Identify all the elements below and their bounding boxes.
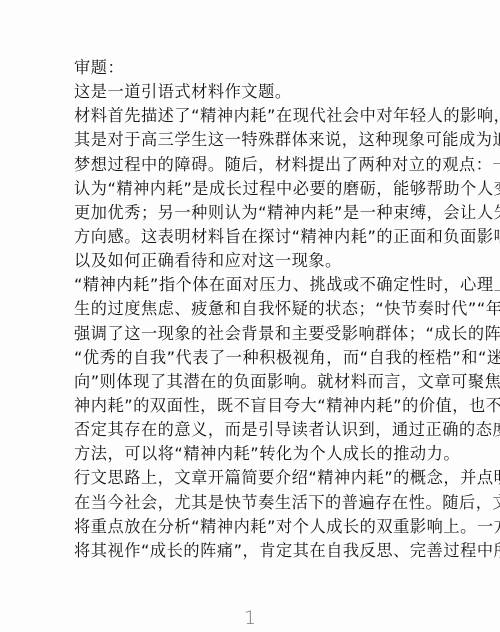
- document-page: 审题： 这是一道引语式材料作文题。 材料首先描述了“精神内耗”在现代社会中对年轻…: [0, 0, 500, 632]
- text-line: 认为“精神内耗”是成长过程中必要的磨砺，能够帮助个人变得: [74, 177, 430, 201]
- text-line: 在当今社会，尤其是快节奏生活下的普遍存在性。随后，文章: [74, 491, 430, 515]
- text-line: 梦想过程中的障碍。随后，材料提出了两种对立的观点：一种: [74, 153, 430, 177]
- heading-shenti: 审题：: [74, 56, 430, 80]
- text-line: 行文思路上，文章开篇简要介绍“精神内耗”的概念，并点明其: [74, 466, 430, 490]
- text-line: 生的过度焦虑、疲惫和自我怀疑的状态；“快节奏时代”“年轻人”: [74, 297, 430, 321]
- text-line: 否定其存在的意义，而是引导读者认识到，通过正确的态度和: [74, 418, 430, 442]
- text-line: 将其视作“成长的阵痛”，肯定其在自我反思、完善过程中所发: [74, 539, 430, 563]
- text-line: 这是一道引语式材料作文题。: [74, 80, 430, 104]
- text-line: 其是对于高三学生这一特殊群体来说，这种现象可能成为追求: [74, 128, 430, 152]
- text-line: 方向感。这表明材料旨在探讨“精神内耗”的正面和负面影响，: [74, 225, 430, 249]
- text-line: 向”则体现了其潜在的负面影响。就材料而言，文章可聚焦于“精: [74, 370, 430, 394]
- text-line: 将重点放在分析“精神内耗”对个人成长的双重影响上。一方面，: [74, 515, 430, 539]
- text-line: “精神内耗”指个体在面对压力、挑战或不确定性时，心理上产: [74, 273, 430, 297]
- page-number: 1: [0, 607, 500, 629]
- text-line: 以及如何正确看待和应对这一现象。: [74, 249, 430, 273]
- text-line: 方法，可以将“精神内耗”转化为个人成长的推动力。: [74, 442, 430, 466]
- text-line: 材料首先描述了“精神内耗”在现代社会中对年轻人的影响，尤: [74, 104, 430, 128]
- text-line: “优秀的自我”代表了一种积极视角，而“自我的桎梏”和“迷失方: [74, 346, 430, 370]
- text-line: 强调了这一现象的社会背景和主要受影响群体；“成长的阵痛”: [74, 322, 430, 346]
- document-body: 审题： 这是一道引语式材料作文题。 材料首先描述了“精神内耗”在现代社会中对年轻…: [74, 56, 430, 563]
- text-line: 更加优秀；另一种则认为“精神内耗”是一种束缚，会让人失去: [74, 201, 430, 225]
- text-line: 神内耗”的双面性，既不盲目夸大“精神内耗”的价值，也不完全: [74, 394, 430, 418]
